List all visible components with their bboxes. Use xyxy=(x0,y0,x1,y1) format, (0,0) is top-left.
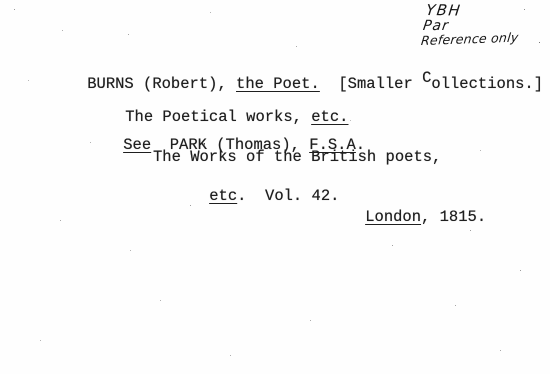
catalog-card: YBH Par Reference only BURNS (Robert), t… xyxy=(0,0,550,374)
heading-raised-letter: C xyxy=(422,68,431,88)
stray-typed-mark: ʼ xyxy=(201,143,208,155)
work-volume: . Vol. 42. xyxy=(237,187,339,205)
work-etc: etc xyxy=(209,187,237,205)
heading-bracket-post: ollections.] xyxy=(431,75,543,93)
heading-bracket-pre: [Smaller xyxy=(338,75,422,93)
scan-noise xyxy=(0,0,1,1)
imprint-date: , 1815. xyxy=(421,208,486,226)
work-title-line2: etc. Vol. 42. xyxy=(172,166,339,226)
see-word: See xyxy=(123,136,151,154)
annotation-reference-only: Reference only xyxy=(420,32,519,48)
work-title-line1: The Works of the British poets, xyxy=(153,147,441,167)
imprint-line: London, 1815. xyxy=(328,187,486,247)
imprint-place: London xyxy=(365,208,421,226)
handwritten-annotation: YBH Par Reference only xyxy=(421,3,518,48)
